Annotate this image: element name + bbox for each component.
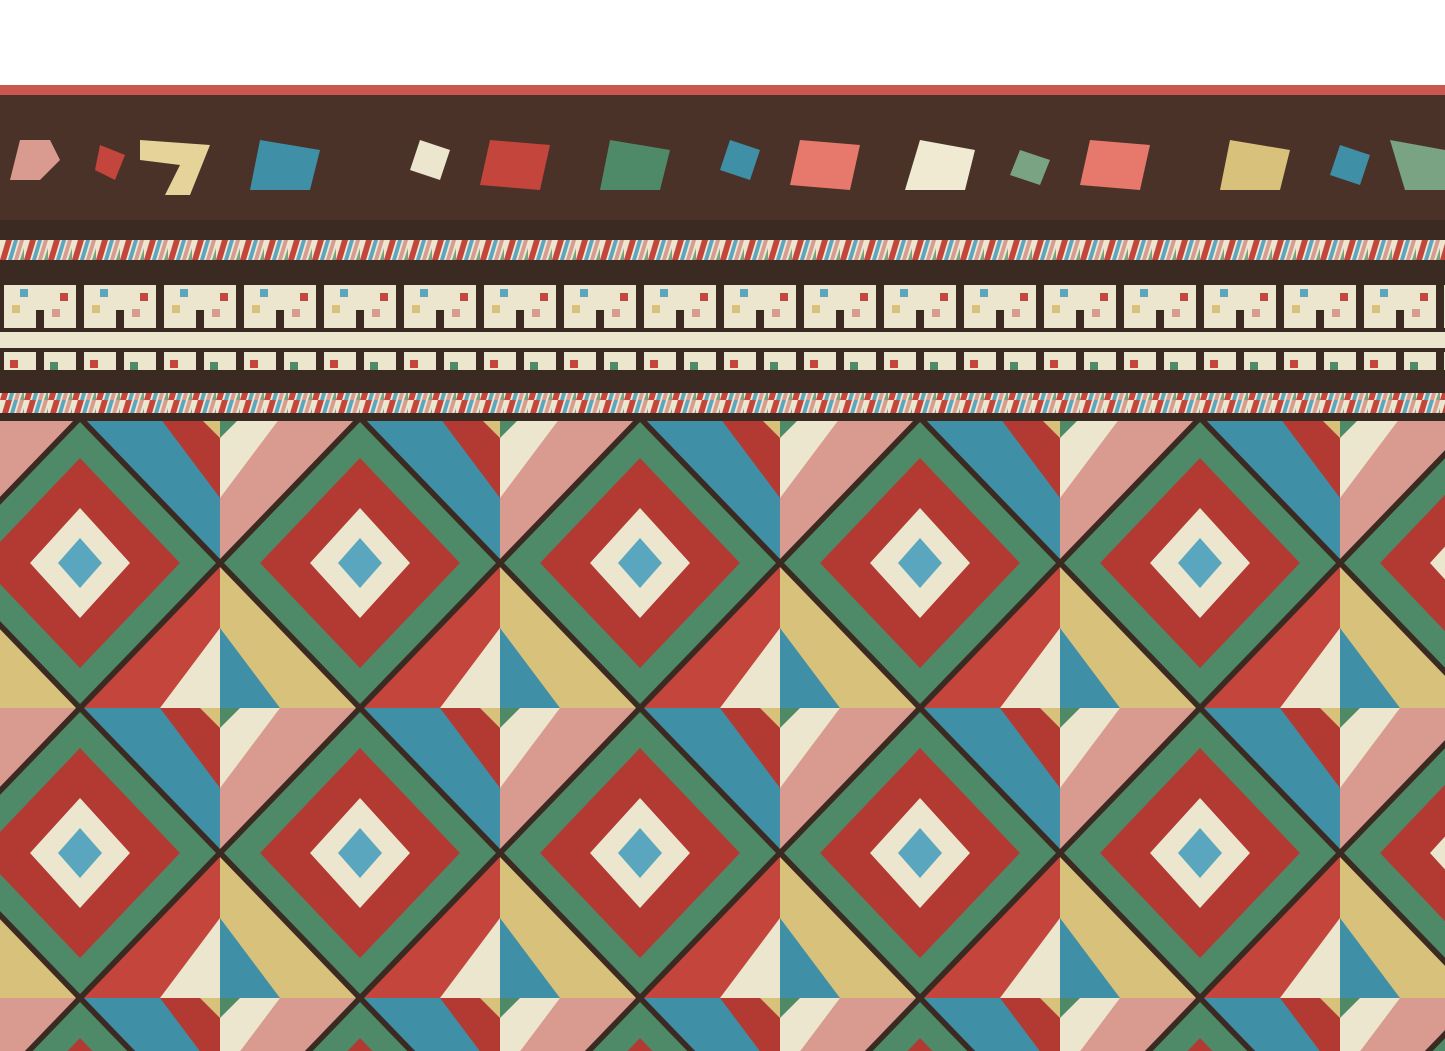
barber-stripe-2 bbox=[0, 393, 1445, 413]
minor-border bbox=[0, 285, 1445, 370]
barber-stripe-1 bbox=[0, 240, 1445, 260]
border-dark-gap-4 bbox=[0, 413, 1445, 421]
rug-photo bbox=[0, 0, 1445, 1051]
border-dark-gap-3 bbox=[0, 370, 1445, 393]
outer-edge bbox=[0, 85, 1445, 95]
border-dark-gap-1 bbox=[0, 220, 1445, 240]
diamond-lattice-field bbox=[0, 421, 1445, 1051]
border-dark-gap-2 bbox=[0, 260, 1445, 285]
